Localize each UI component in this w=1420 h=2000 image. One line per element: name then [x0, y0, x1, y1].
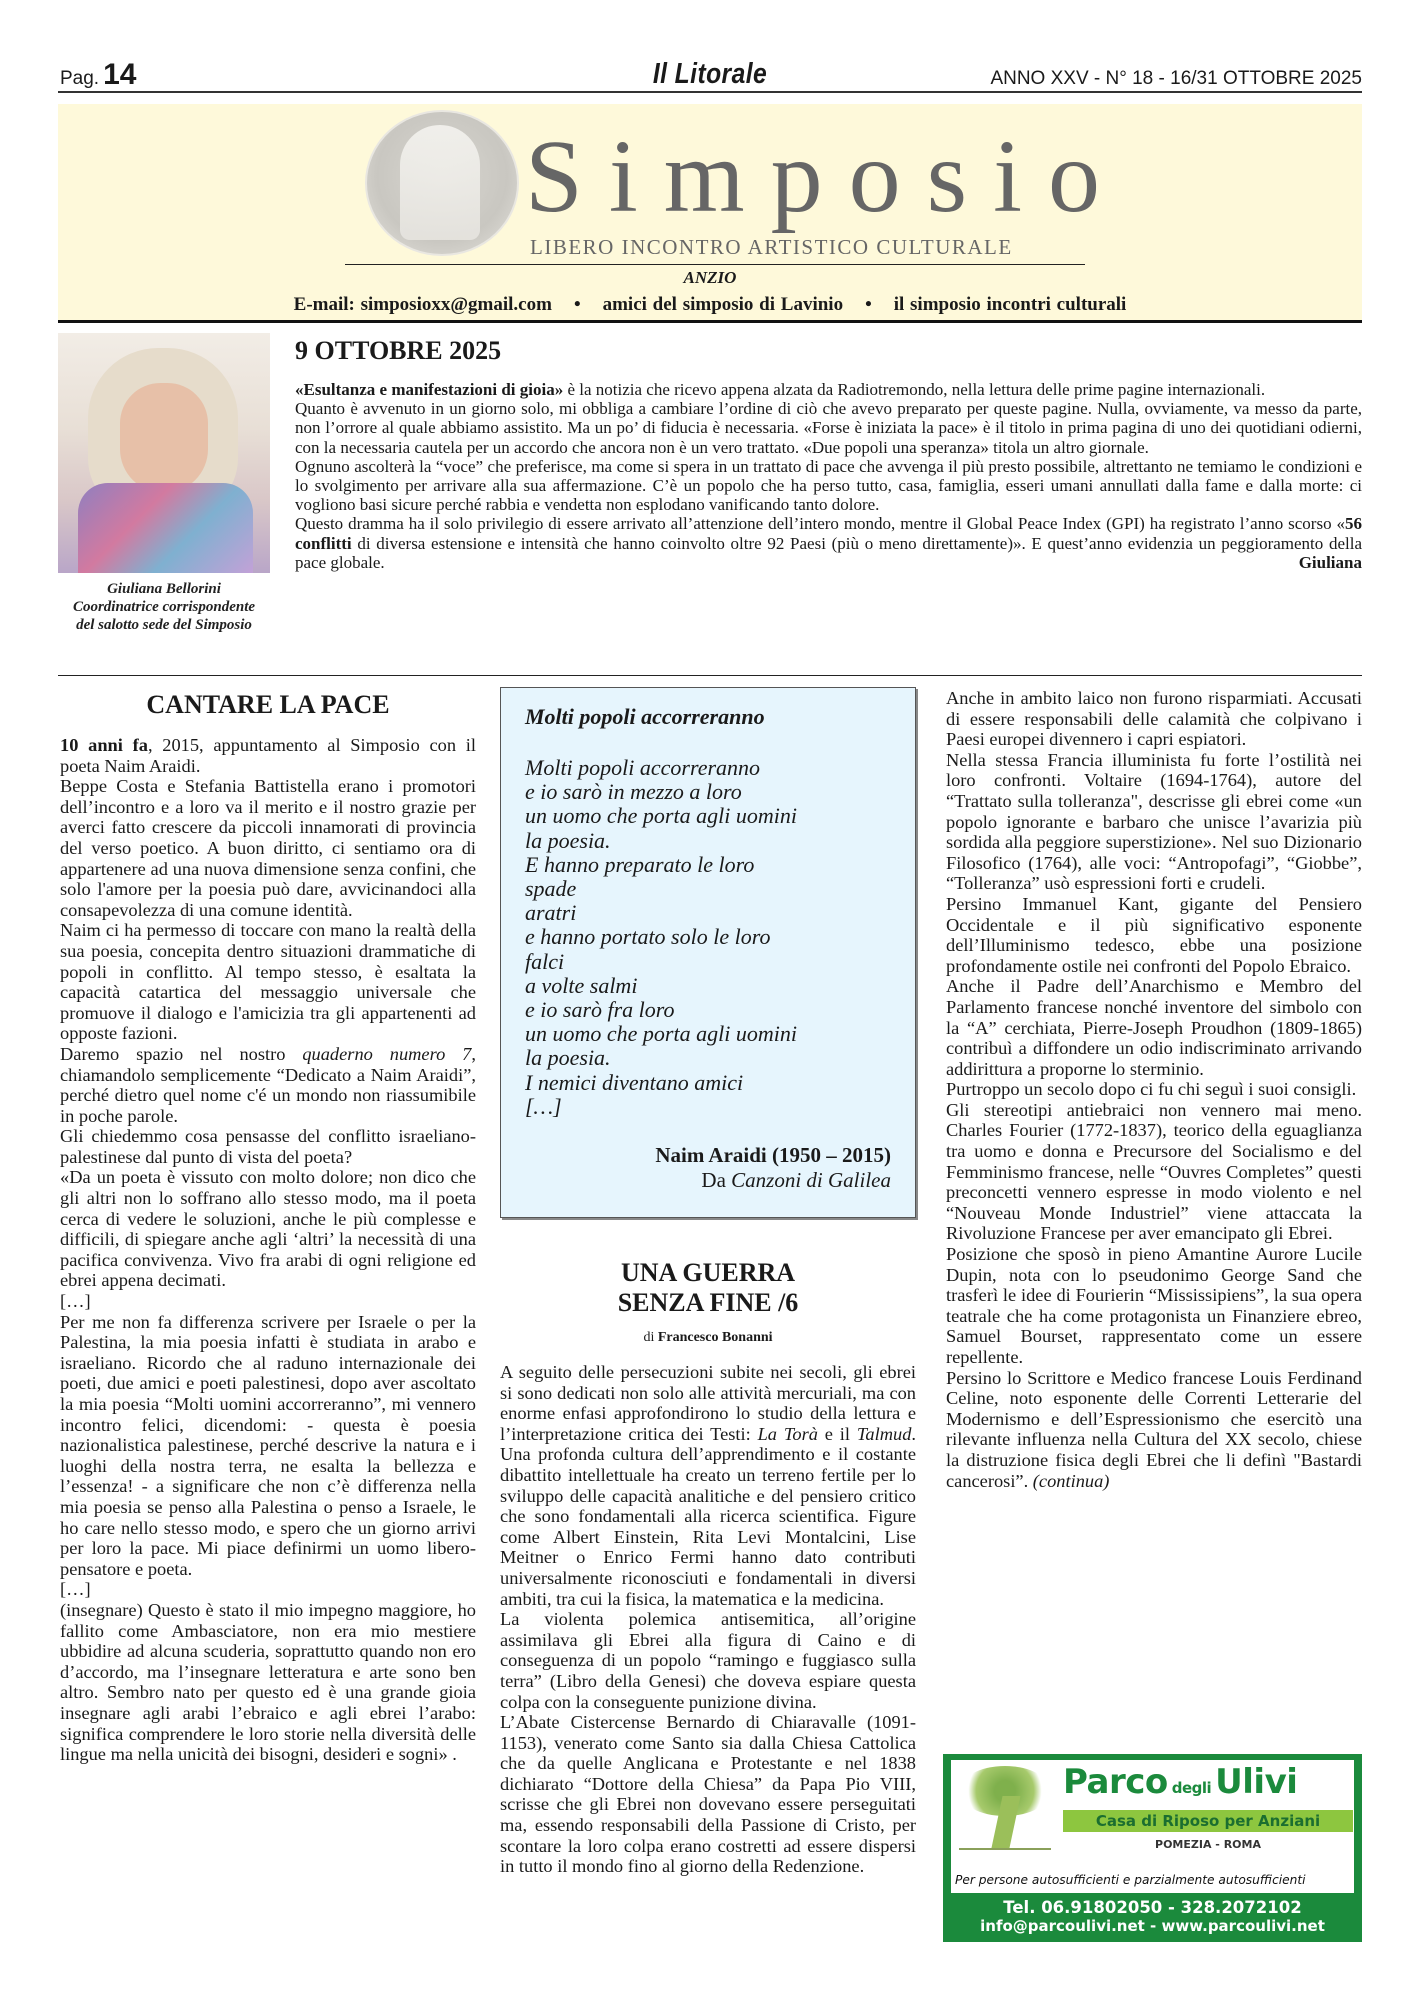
bullet-separator: •	[865, 294, 872, 315]
poem-box: Molti popoli accorreranno Molti popoli a…	[500, 687, 916, 1218]
section-brand: Simposio	[525, 125, 1126, 229]
poem-line: e hanno portato solo le loro	[525, 925, 891, 949]
article-paragraph: Beppe Costa e Stefania Battistella erano…	[60, 776, 476, 920]
editorial-rule	[58, 675, 1362, 676]
article-paragraph: Gli chiedemmo cosa pensasse del conflitt…	[60, 1126, 476, 1167]
poem-line: a volte salmi	[525, 974, 891, 998]
article-paragraph: Persino lo Scrittore e Medico francese L…	[946, 1368, 1362, 1492]
ad-inner-panel: ParcodegliUlivi Casa di Riposo per Anzia…	[951, 1760, 1354, 1872]
byline-author: Francesco Bonanni	[658, 1330, 773, 1345]
article-paragraph: Anche in ambito laico non furono risparm…	[946, 688, 1362, 750]
photo-scarf	[78, 483, 253, 573]
title-line: UNA GUERRA	[500, 1258, 916, 1288]
article-paragraph: A seguito delle persecuzioni subite nei …	[500, 1362, 916, 1609]
article-body-guerra: A seguito delle persecuzioni subite nei …	[500, 1362, 916, 1877]
advertisement-parco-ulivi[interactable]: ParcodegliUlivi Casa di Riposo per Anzia…	[943, 1754, 1362, 1942]
tree-ground	[959, 1848, 1051, 1850]
editorial-paragraph: «Esultanza e manifestazioni di gioia» è …	[295, 380, 1362, 399]
classical-figures-icon	[400, 125, 480, 240]
poem-line: e io sarò in mezzo a loro	[525, 780, 891, 804]
italic-text: Talmud	[857, 1424, 912, 1444]
author-photo	[58, 333, 270, 573]
poem-line: Molti popoli accorreranno	[525, 756, 891, 780]
section-location: ANZIO	[0, 268, 1420, 288]
brand-small: degli	[1172, 1779, 1211, 1797]
section-contacts: E-mail: simposioxx@gmail.com•amici del s…	[0, 294, 1420, 316]
poem-author: Naim Araidi (1950 – 2015)	[525, 1143, 891, 1168]
bullet-separator: •	[574, 294, 581, 315]
page-label: Pag.	[60, 68, 99, 89]
poem-line: E hanno preparato le loro	[525, 853, 891, 877]
article-paragraph: 10 anni fa, 2015, appuntamento al Simpos…	[60, 735, 476, 776]
article-paragraph: […]	[60, 1579, 476, 1600]
poem-lines: Molti popoli accorreranno e io sarò in m…	[525, 756, 891, 1119]
article-paragraph: Naim ci ha permesso di toccare con mano …	[60, 920, 476, 1044]
poem-line: un uomo che porta agli uomini	[525, 804, 891, 828]
paragraph-text: Daremo spazio nel nostro	[60, 1044, 302, 1064]
olive-tree-icon	[959, 1766, 1051, 1848]
ad-subtitle: Casa di Riposo per Anziani	[1063, 1810, 1353, 1832]
editorial-signature: Giuliana	[295, 553, 1362, 572]
poem-source: Da Canzoni di Galilea	[525, 1168, 891, 1193]
source-prefix: Da	[701, 1168, 731, 1192]
paragraph-text: e il	[818, 1424, 857, 1444]
poem-line: aratri	[525, 901, 891, 925]
paragraph-text: Questo dramma ha il solo privilegio di e…	[295, 514, 1345, 533]
ad-web-email[interactable]: info@parcoulivi.net - www.parcoulivi.net	[951, 1917, 1354, 1935]
article-paragraph: […]	[60, 1291, 476, 1312]
section-header-rule	[58, 320, 1362, 323]
article-body-cantare: 10 anni fa, 2015, appuntamento al Simpos…	[60, 735, 476, 1765]
poem-line: la poesia.	[525, 829, 891, 853]
article-paragraph: La violenta polemica antisemitica, all’o…	[500, 1609, 916, 1712]
article-body-guerra-continued: Anche in ambito laico non furono risparm…	[946, 688, 1362, 1491]
article-byline: di Francesco Bonanni	[500, 1330, 916, 1346]
photo-face	[120, 383, 208, 493]
article-title-cantare: CANTARE LA PACE	[60, 690, 476, 720]
title-line: SENZA FINE /6	[500, 1288, 916, 1318]
paragraph-text: Persino lo Scrittore e Medico francese L…	[946, 1368, 1362, 1491]
article-paragraph: Per me non fa differenza scrivere per Is…	[60, 1312, 476, 1580]
masthead-rule	[58, 91, 1362, 93]
article-paragraph: Gli stereotipi antiebraici non vennero m…	[946, 1100, 1362, 1244]
article-paragraph: Posizione che sposò in pieno Amantine Au…	[946, 1244, 1362, 1368]
bold-lead: «Esultanza e manifestazioni di gioia»	[295, 380, 563, 399]
article-paragraph: L’Abate Cistercense Bernardo di Chiarava…	[500, 1712, 916, 1877]
paragraph-text: è la notizia che ricevo appena alzata da…	[563, 380, 1265, 399]
italic-text: La Torà	[758, 1424, 818, 1444]
caption-name: Giuliana Bellorini	[58, 580, 270, 598]
editorial-title: 9 OTTOBRE 2025	[295, 336, 501, 366]
article-paragraph: Persino Immanuel Kant, gigante del Pensi…	[946, 894, 1362, 976]
editorial-body: «Esultanza e manifestazioni di gioia» è …	[295, 380, 1362, 572]
poem-line: la poesia.	[525, 1046, 891, 1070]
ad-phone[interactable]: Tel. 06.91802050 - 328.2072102	[951, 1898, 1354, 1917]
article-paragraph: Purtroppo un secolo dopo ci fu chi seguì…	[946, 1079, 1362, 1100]
section-tagline: LIBERO INCONTRO ARTISTICO CULTURALE	[530, 235, 1013, 260]
ad-audience: Per persone autosufficienti e parzialmen…	[951, 1871, 1354, 1893]
article-title-guerra: UNA GUERRA SENZA FINE /6	[500, 1258, 916, 1318]
poem-line: un uomo che porta agli uomini	[525, 1022, 891, 1046]
poem-line: […]	[525, 1095, 891, 1119]
tagline-rule	[345, 264, 1085, 265]
source-title: Canzoni di Galilea	[731, 1168, 891, 1192]
article-paragraph: (insegnare) Questo è stato il mio impegn…	[60, 1600, 476, 1765]
article-paragraph: Anche il Padre dell’Anarchismo e Membro …	[946, 976, 1362, 1079]
photo-caption: Giuliana Bellorini Coordinatrice corrisp…	[58, 580, 270, 634]
brand-end: Ulivi	[1215, 1762, 1297, 1802]
paragraph-text: . Una profonda cultura dell’apprendiment…	[500, 1424, 916, 1609]
article-paragraph: «Da un poeta è vissuto con molto dolore;…	[60, 1167, 476, 1291]
contact-lavinio: amici del simposio di Lavinio	[603, 294, 843, 315]
contact-email[interactable]: E-mail: simposioxx@gmail.com	[294, 294, 552, 315]
poem-line: e io sarò fra loro	[525, 998, 891, 1022]
caption-role-2: del salotto sede del Simposio	[58, 616, 270, 634]
continued-note: (continua)	[1033, 1471, 1110, 1491]
editorial-paragraph: Ognuno ascolterà la “voce” che preferisc…	[295, 457, 1362, 515]
byline-prefix: di	[643, 1330, 657, 1345]
poem-line: falci	[525, 950, 891, 974]
issue-info: ANNO XXV - N° 18 - 16/31 OTTOBRE 2025	[990, 68, 1362, 90]
contact-incontri: il simposio incontri culturali	[894, 294, 1127, 315]
ad-location: POMEZIA - ROMA	[1063, 1838, 1353, 1851]
article-paragraph: Daremo spazio nel nostro quaderno numero…	[60, 1044, 476, 1126]
bold-lead: 10 anni fa	[60, 735, 148, 755]
article-paragraph: Nella stessa Francia illuminista fu fort…	[946, 750, 1362, 894]
italic-text: quaderno numero 7	[302, 1044, 471, 1064]
poem-title: Molti popoli accorreranno	[525, 704, 891, 730]
brand-main: Parco	[1063, 1762, 1168, 1802]
caption-role: Coordinatrice corrispondente	[58, 598, 270, 616]
editorial-paragraph: Quanto è avvenuto in un giorno solo, mi …	[295, 399, 1362, 457]
ad-brand: ParcodegliUlivi	[1063, 1762, 1297, 1802]
poem-line: I nemici diventano amici	[525, 1071, 891, 1095]
poem-line: spade	[525, 877, 891, 901]
